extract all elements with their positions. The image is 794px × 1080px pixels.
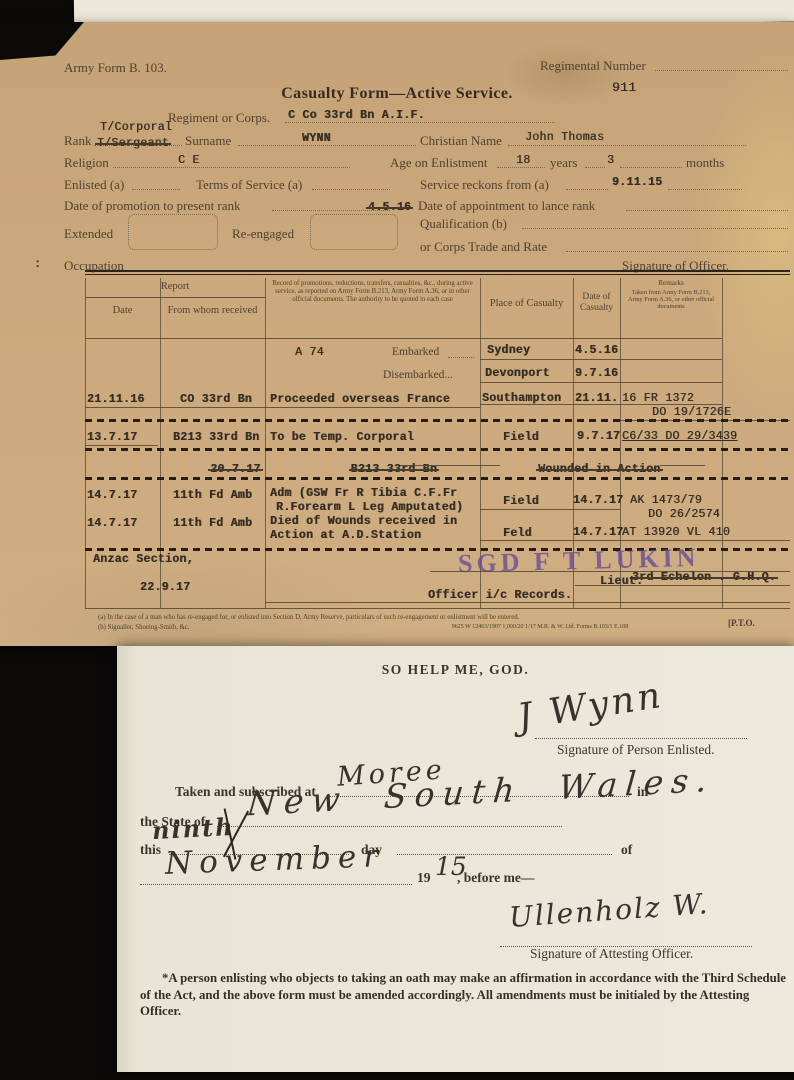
row-cell-date: 14.7.17 <box>87 517 137 530</box>
entry-underline <box>480 540 790 541</box>
table-header-line <box>85 297 265 298</box>
dashed-separator <box>85 419 791 422</box>
row-cell-casualty-date: 9.7.17 <box>577 430 620 443</box>
regiment-label: Regiment or Corps. <box>168 110 270 126</box>
col-header-from: From whom received <box>160 305 265 316</box>
service-reckons-label: Service reckons from (a) <box>420 177 549 193</box>
dotted-rule <box>113 155 350 168</box>
age-years-unit: years <box>550 155 577 171</box>
dotted-rule <box>522 216 788 229</box>
attestation-sheet: SO HELP ME, GOD. J Wynn Signature of Per… <box>117 646 794 1072</box>
records-office-unit: Anzac Section, <box>93 553 194 566</box>
row-cell-casualty-date: 14.7.17 <box>573 526 623 539</box>
christian-name-value: John Thomas <box>525 131 604 144</box>
casualty-form-sheet: Army Form B. 103. Regimental Number 911 … <box>0 22 794 646</box>
promotion-value-struck: 4.5.16 <box>368 201 411 214</box>
dotted-rule <box>626 198 788 211</box>
table-top-rule <box>85 274 790 275</box>
form-title: Casualty Form—Active Service. <box>0 85 794 103</box>
reengaged-label: Re-engaged <box>232 226 294 242</box>
of-label: of <box>621 842 632 858</box>
strike-line <box>660 465 705 466</box>
row-cell-from: B213 33rd Bn <box>173 431 259 444</box>
col-header-place: Place of Casualty <box>480 298 573 309</box>
row-cell-remarks: AK 1473/79 <box>630 494 702 507</box>
table-top-rule <box>85 270 790 272</box>
footnote-a: (a) In the case of a man who has re-enga… <box>98 614 658 622</box>
before-me-label: , before me— <box>457 870 534 886</box>
rank-label: Rank <box>64 133 91 149</box>
margin-mark: : <box>34 258 41 271</box>
dotted-rule <box>535 726 747 739</box>
dotted-rule <box>655 58 788 71</box>
entry-underline <box>480 359 722 360</box>
extended-label: Extended <box>64 226 113 242</box>
age-months-unit: months <box>686 155 724 171</box>
col-header-casualty-date: Date of Casualty <box>573 292 620 314</box>
row-cell-remarks: AT 13920 VL 410 <box>622 526 730 539</box>
row-cell-place: Feld <box>503 527 532 540</box>
row-cell-record: Wounded in Action <box>538 463 660 476</box>
print-code: 9625 W 12463/1907 1,000/20 1/17 M.R. & W… <box>400 624 680 632</box>
row-cell-place: Devonport <box>485 367 550 380</box>
table-column-line <box>722 278 723 608</box>
officer-title: Officer i/c Records. <box>428 589 572 602</box>
signature-stamp-lukin: SGD F T LUKIN <box>458 543 700 579</box>
entry-underline <box>85 407 480 408</box>
terms-of-service-label: Terms of Service (a) <box>196 177 302 193</box>
entry-underline <box>430 571 790 572</box>
col-header-remarks-title: Remarks <box>622 280 720 288</box>
row-cell-casualty-date: 14.7.17 <box>573 494 623 507</box>
extended-entry-box <box>128 214 218 250</box>
entry-underline <box>480 509 620 510</box>
affirmation-note: *A person enlisting who objects to takin… <box>140 970 792 1020</box>
qualification-label: Qualification (b) <box>420 216 507 232</box>
rank-corrected-value: T/Corporal <box>100 121 172 134</box>
regiment-value: C Co 33rd Bn A.I.F. <box>288 109 425 122</box>
row-cell-date: 21.11.16 <box>87 393 145 406</box>
oath-heading: SO HELP ME, GOD. <box>117 662 794 678</box>
regimental-number-label: Regimental Number <box>540 58 646 74</box>
reengaged-entry-box <box>310 214 398 250</box>
dashed-separator <box>85 477 791 480</box>
row-cell-from: 11th Fd Amb <box>173 517 252 530</box>
attesting-signature: Ullenholz W. <box>508 887 710 934</box>
rank-struck-value: T/Sergeant <box>97 137 169 150</box>
row-cell-remarks: DO 26/2574 <box>648 508 720 521</box>
year-printed: 19 <box>417 870 431 886</box>
dotted-rule <box>668 177 742 190</box>
row-cell-place: Field <box>503 495 539 508</box>
row-cell-date: 14.7.17 <box>87 489 137 502</box>
promotion-label: Date of promotion to present rank <box>64 198 241 214</box>
row-cell-record: Proceeded overseas France <box>270 393 450 406</box>
pto-note: [P.T.O. <box>728 618 755 628</box>
enlisted-label: Enlisted (a) <box>64 177 124 193</box>
row-cell-place: Sydney <box>487 344 530 357</box>
strike-line <box>400 465 500 466</box>
scanned-document-page: Army Form B. 103. Regimental Number 911 … <box>0 0 794 1080</box>
row-cell-record: R.Forearm L Leg Amputated) <box>276 501 463 514</box>
religion-label: Religion <box>64 155 109 171</box>
dotted-rule <box>397 842 612 855</box>
table-bottom-line <box>85 608 790 609</box>
age-years-value: 18 <box>516 154 530 167</box>
corps-trade-label: or Corps Trade and Rate <box>420 239 547 255</box>
row-cell-record: Action at A.D.Station <box>270 529 421 542</box>
col-header-date: Date <box>85 305 160 316</box>
row-cell-from: CO 33rd Bn <box>180 393 252 406</box>
entry-underline <box>480 404 722 405</box>
row-cell-date: 13.7.17 <box>87 431 137 444</box>
dotted-rule <box>566 239 788 252</box>
row-cell-place: Field <box>503 431 539 444</box>
dashed-separator <box>85 448 791 451</box>
table-column-line <box>85 278 86 608</box>
table-column-line <box>265 278 266 608</box>
person-signature-label: Signature of Person Enlisted. <box>557 742 714 758</box>
entry-underline <box>265 602 790 603</box>
christian-name-label: Christian Name <box>420 133 502 149</box>
dotted-rule <box>448 345 474 358</box>
footnote-b: (b) Signaller, Shoeing-Smith, &c. <box>98 624 298 632</box>
dotted-rule <box>312 177 390 190</box>
dotted-rule <box>620 155 682 168</box>
religion-value: C E <box>178 154 200 167</box>
lance-rank-label: Date of appointment to lance rank <box>418 198 595 214</box>
row-cell-casualty-date: 9.7.16 <box>575 367 618 380</box>
entry-underline <box>480 382 722 383</box>
age-on-enlistment-label: Age on Enlistment <box>390 155 488 171</box>
col-header-remarks-sub: Taken from Army Form B.213, Army Form A.… <box>624 289 718 310</box>
row-cell-movement: Embarked <box>392 346 439 358</box>
dotted-rule <box>566 177 608 190</box>
entry-underline <box>85 445 158 446</box>
row-cell-record: Died of Wounds received in <box>270 515 457 528</box>
dotted-rule <box>585 155 605 168</box>
form-number: Army Form B. 103. <box>64 60 167 76</box>
age-months-value: 3 <box>607 154 614 167</box>
col-header-record: Record of promotions, reductions, transf… <box>270 280 475 303</box>
table-header-bottom-line <box>85 338 722 339</box>
surname-label: Surname <box>185 133 231 149</box>
month-handwritten: November <box>164 838 385 882</box>
row-cell-date: 20.7.17 <box>210 463 260 476</box>
col-header-report: Report <box>85 281 265 292</box>
torn-corner <box>0 22 84 60</box>
attesting-signature-label: Signature of Attesting Officer. <box>530 946 693 962</box>
service-reckons-value: 9.11.15 <box>612 176 662 189</box>
row-cell-movement: Disembarked... <box>383 369 453 381</box>
entry-underline <box>575 585 790 586</box>
row-cell-record: To be Temp. Corporal <box>270 431 414 444</box>
records-office-date: 22.9.17 <box>140 581 190 594</box>
surname-value: WYNN <box>302 132 331 145</box>
row-cell-remarks: C6/33 DO 29/3439 <box>622 430 737 443</box>
row-cell-record-ref: A 74 <box>295 346 324 359</box>
officer-rank: Lieut. <box>600 575 643 588</box>
row-cell-casualty-date: 4.5.16 <box>575 344 618 357</box>
dotted-rule <box>132 177 180 190</box>
row-cell-record: Adm (GSW Fr R Tibia C.F.Fr <box>270 487 457 500</box>
row-cell-remarks: DO 19/1726E <box>652 406 731 419</box>
day-handwritten: ninth <box>151 812 235 845</box>
row-cell-from: 11th Fd Amb <box>173 489 252 502</box>
